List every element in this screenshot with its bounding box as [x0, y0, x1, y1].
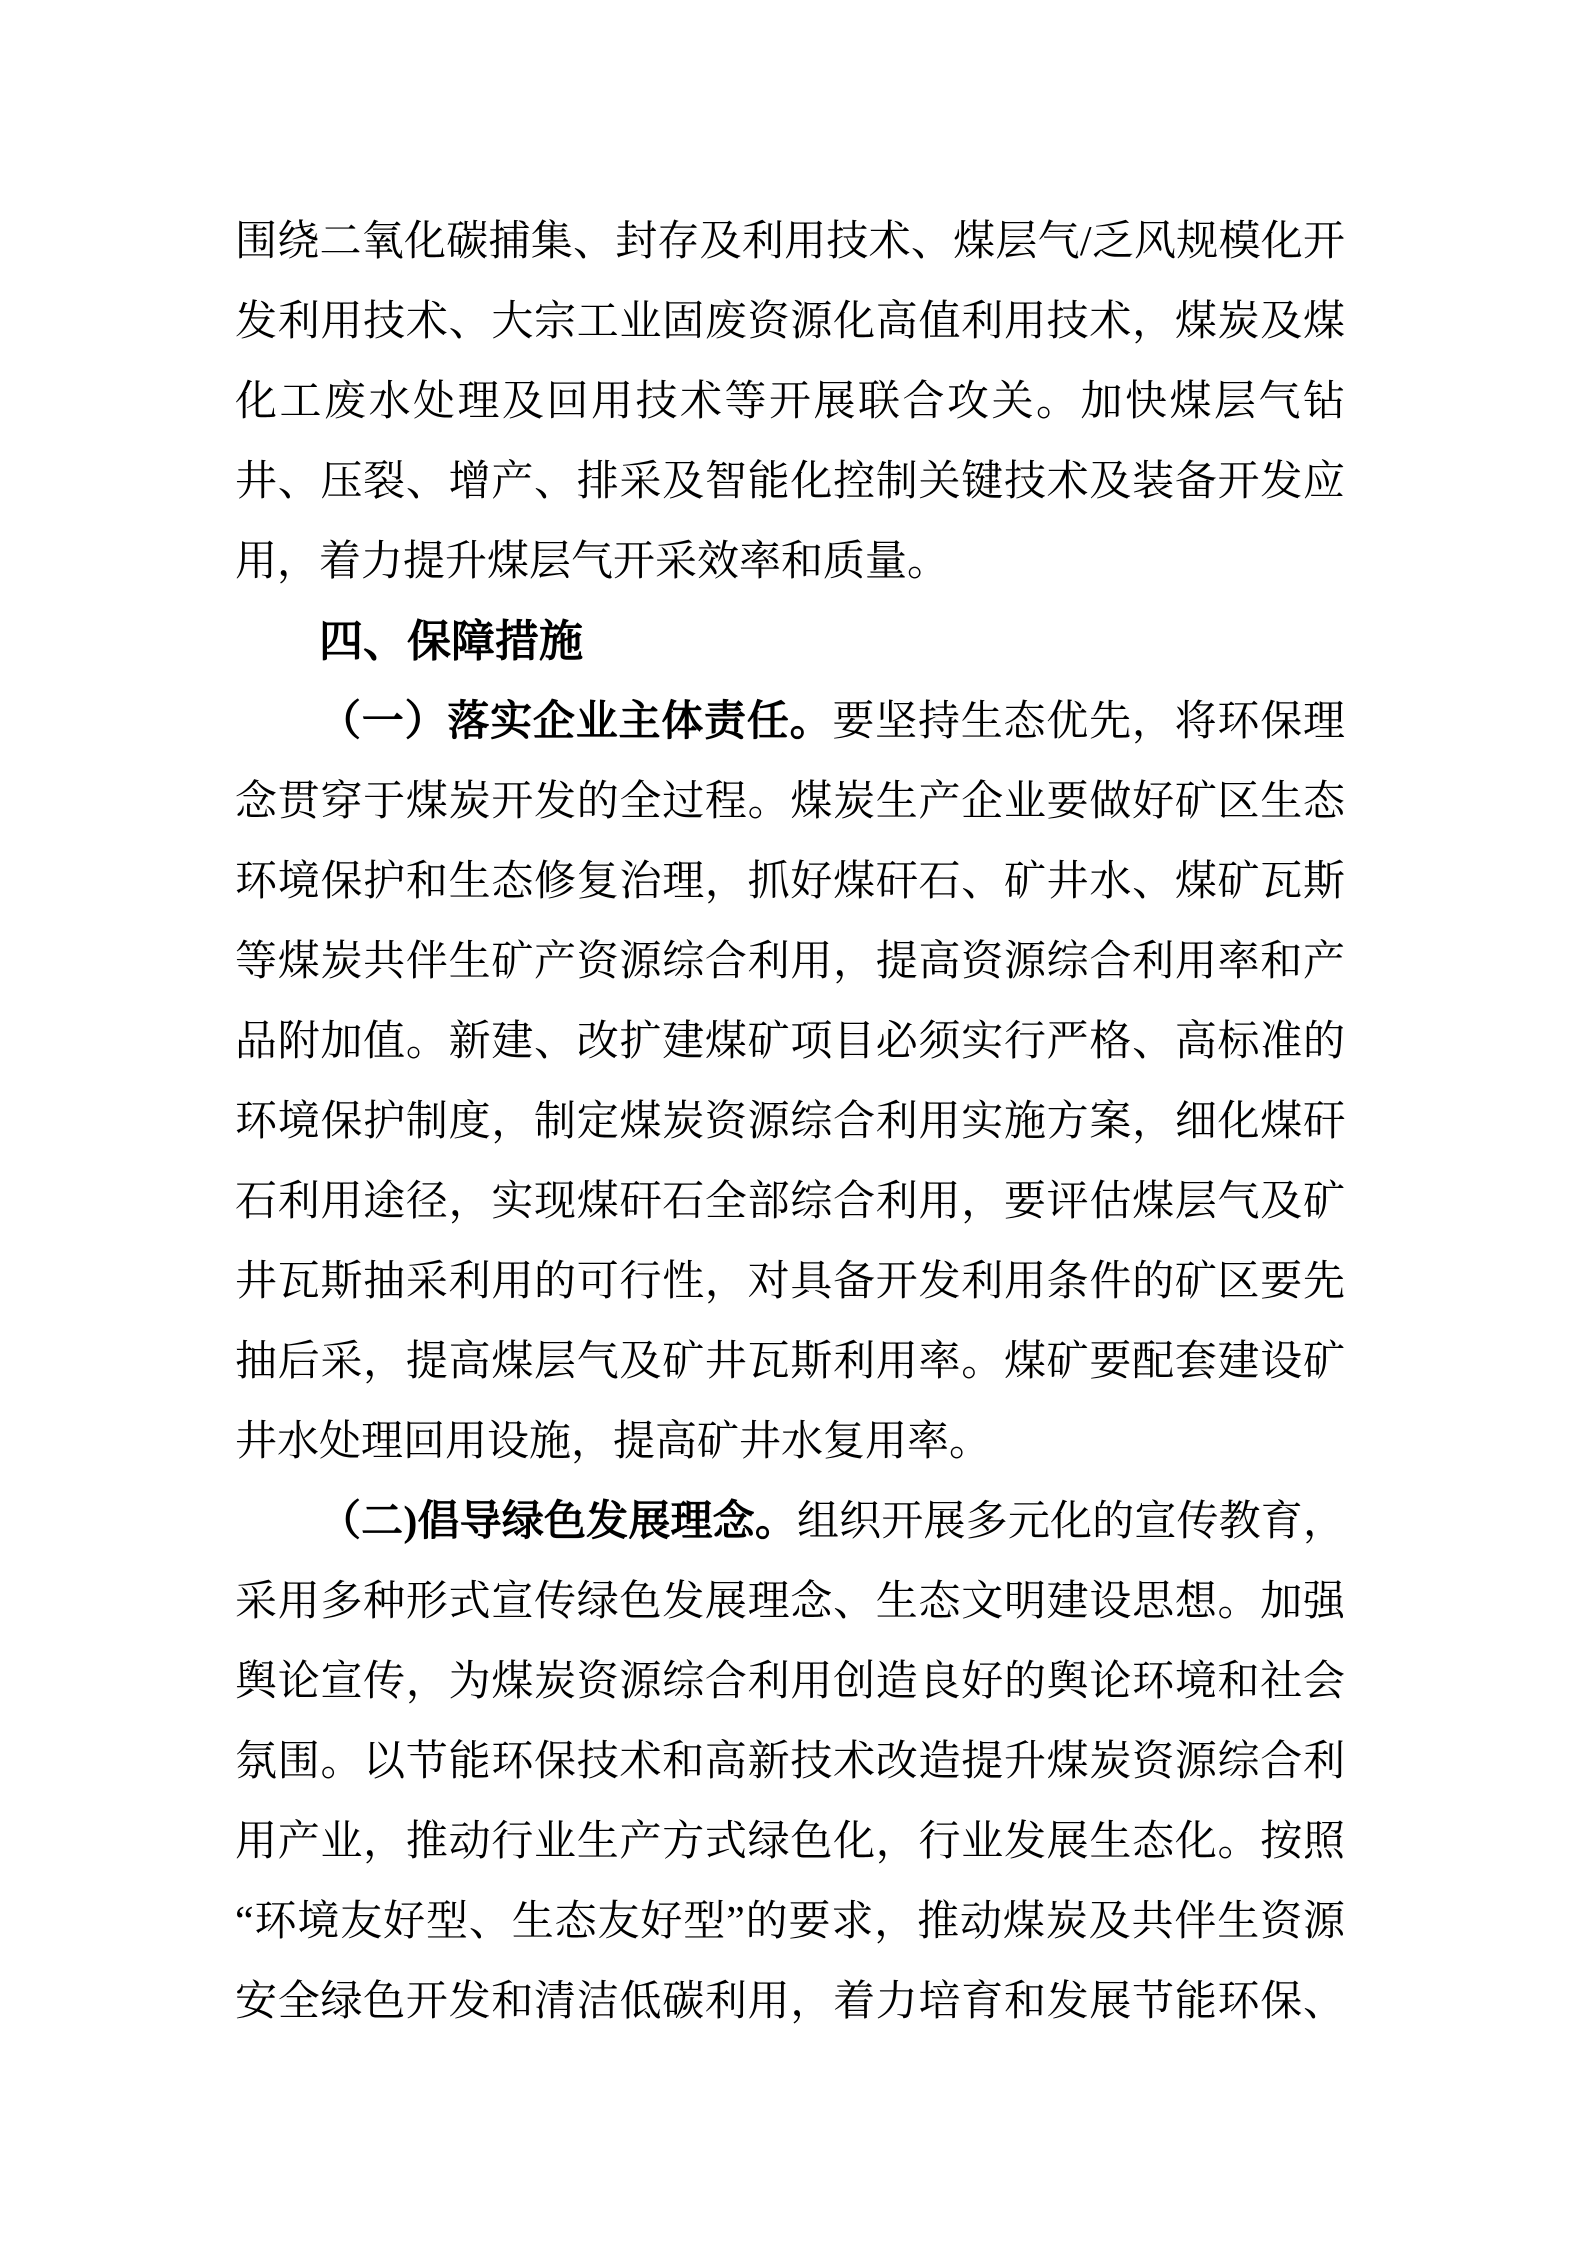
body-line: 用产业，推动行业生产方式绿色化，行业发展生态化。按照: [235, 1802, 1345, 1882]
body-line: 井、压裂、增产、排采及智能化控制关键技术及装备开发应: [235, 442, 1345, 522]
body-line: 化工废水处理及回用技术等开展联合攻关。加快煤层气钻: [235, 362, 1345, 442]
body-line: 安全绿色开发和清洁低碳利用，着力培育和发展节能环保、: [235, 1962, 1345, 2042]
para-two-first-line: （二)倡导绿色发展理念。组织开展多元化的宣传教育，: [235, 1482, 1345, 1562]
body-line: 用，着力提升煤层气开采效率和质量。: [235, 522, 1345, 602]
body-line: 井瓦斯抽采利用的可行性，对具备开发利用条件的矿区要先: [235, 1242, 1345, 1322]
body-line: 发利用技术、大宗工业固废资源化高值利用技术，煤炭及煤: [235, 282, 1345, 362]
body-line: 围绕二氧化碳捕集、封存及利用技术、煤层气/乏风规模化开: [235, 202, 1345, 282]
section-heading: 四、保障措施: [235, 602, 1345, 682]
body-line: 念贯穿于煤炭开发的全过程。煤炭生产企业要做好矿区生态: [235, 762, 1345, 842]
para-one-lead: （一）落实企业主体责任。: [319, 699, 832, 745]
body-line: 环境保护制度，制定煤炭资源综合利用实施方案，细化煤矸: [235, 1082, 1345, 1162]
body-line: 品附加值。新建、改扩建煤矿项目必须实行严格、高标准的: [235, 1002, 1345, 1082]
body-line: “环境友好型、生态友好型”的要求，推动煤炭及共伴生资源: [235, 1882, 1345, 1962]
body-line: 氛围。以节能环保技术和高新技术改造提升煤炭资源综合利: [235, 1722, 1345, 1802]
body-line: 抽后采，提高煤层气及矿井瓦斯利用率。煤矿要配套建设矿: [235, 1322, 1345, 1402]
body-line: 等煤炭共伴生矿产资源综合利用，提高资源综合利用率和产: [235, 922, 1345, 1002]
para-two-lead: （二)倡导绿色发展理念。: [319, 1499, 797, 1545]
body-line: 舆论宣传，为煤炭资源综合利用创造良好的舆论环境和社会: [235, 1642, 1345, 1722]
document-page: 围绕二氧化碳捕集、封存及利用技术、煤层气/乏风规模化开 发利用技术、大宗工业固废…: [0, 0, 1587, 2245]
document-body: 围绕二氧化碳捕集、封存及利用技术、煤层气/乏风规模化开 发利用技术、大宗工业固废…: [235, 202, 1345, 2042]
para-one-first-line: （一）落实企业主体责任。要坚持生态优先，将环保理: [235, 682, 1345, 762]
body-line: 采用多种形式宣传绿色发展理念、生态文明建设思想。加强: [235, 1562, 1345, 1642]
para-two-rest: 组织开展多元化的宣传教育，: [797, 1499, 1345, 1545]
para-one-rest: 要坚持生态优先，将环保理: [832, 699, 1345, 745]
body-line: 环境保护和生态修复治理，抓好煤矸石、矿井水、煤矿瓦斯: [235, 842, 1345, 922]
body-line: 井水处理回用设施，提高矿井水复用率。: [235, 1402, 1345, 1482]
body-line: 石利用途径，实现煤矸石全部综合利用，要评估煤层气及矿: [235, 1162, 1345, 1242]
